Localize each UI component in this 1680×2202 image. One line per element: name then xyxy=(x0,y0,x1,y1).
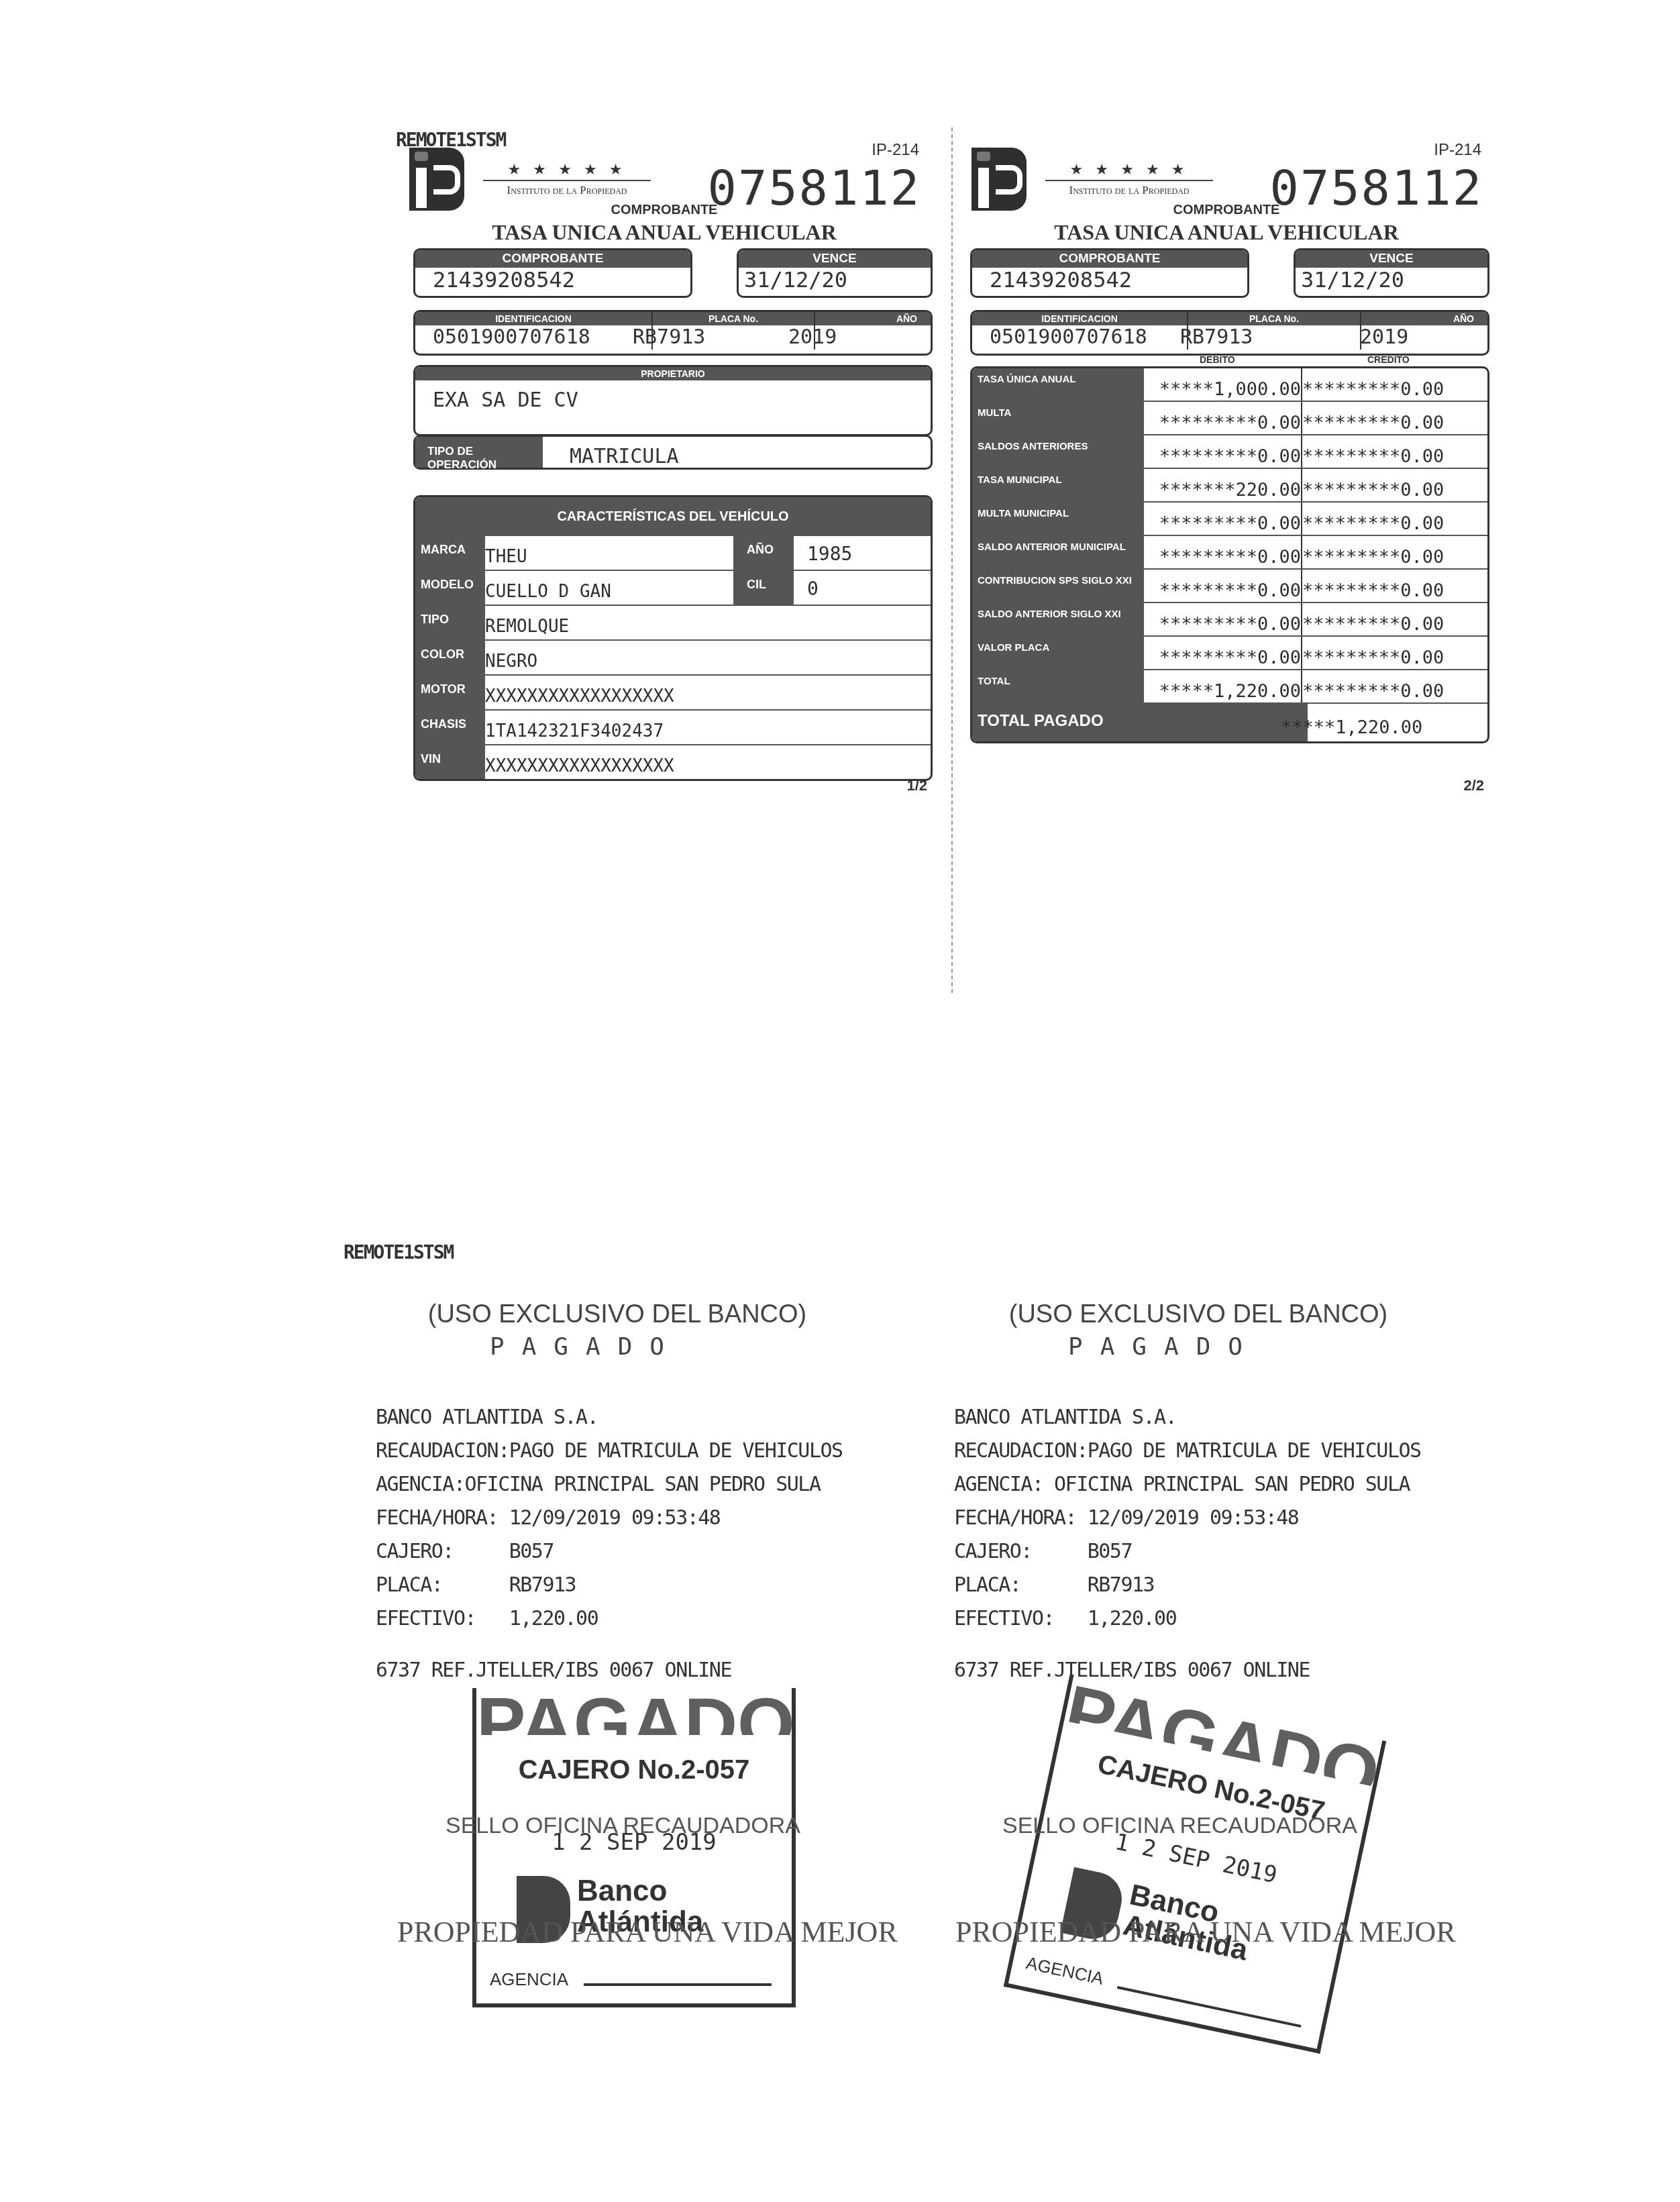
total-paid-row: TOTAL PAGADO*****1,220.00 xyxy=(972,704,1487,741)
charge-debit: *********0.00 xyxy=(1131,503,1301,535)
tipo-operacion-field: TIPO DE OPERACIÓN MATRICULA xyxy=(413,435,933,470)
charge-label: TASA ÚNICA ANUAL xyxy=(972,368,1144,401)
vehicle-field-label: MODELO xyxy=(415,571,485,605)
charge-credit: *********0.00 xyxy=(1301,503,1487,535)
charge-label: SALDO ANTERIOR MUNICIPAL xyxy=(972,536,1144,568)
bank-receipt-line: AGENCIA:OFICINA PRINCIPAL SAN PEDRO SULA xyxy=(376,1468,926,1502)
paid-status: PAGADO xyxy=(490,1333,926,1361)
vehicle-extra-label: AÑO xyxy=(733,536,794,570)
charge-debit: *********0.00 xyxy=(1131,435,1301,468)
vehicle-field-label: MARCA xyxy=(415,536,485,570)
tipo-operacion-label: TIPO DE OPERACIÓN xyxy=(415,437,543,468)
page-number: 2/2 xyxy=(1463,777,1484,794)
bank-receipt-line: EFECTIVO: 1,220.00 xyxy=(376,1602,926,1636)
perforation-divider xyxy=(951,127,953,993)
charge-label: VALOR PLACA xyxy=(972,637,1144,669)
placa-value: RB7913 xyxy=(1180,325,1360,350)
doc-title: TASA UNICA ANUAL VEHICULAR xyxy=(958,220,1495,245)
charge-row: TASA ÚNICA ANUAL*****1,000.00*********0.… xyxy=(972,368,1487,402)
institution-mark: ★ ★ ★ ★ ★ Instituto de la Propiedad xyxy=(483,161,651,197)
comprobante-field: COMPROBANTE 21439208542 xyxy=(970,248,1249,298)
placa-label: PLACA No. xyxy=(653,312,814,325)
propietario-field: PROPIETARIO EXA SA DE CV xyxy=(413,365,933,436)
institution-mark: ★ ★ ★ ★ ★ Instituto de la Propiedad xyxy=(1045,161,1213,197)
charge-label: TASA MUNICIPAL xyxy=(972,469,1144,501)
charge-credit: *********0.00 xyxy=(1301,435,1487,468)
stamp-agencia: AGENCIA xyxy=(1025,1952,1106,1989)
doc-subtitle: COMPROBANTE xyxy=(958,203,1495,218)
bank-receipt-line: PLACA: RB7913 xyxy=(954,1569,1504,1602)
charges-table: TASA ÚNICA ANUAL*****1,000.00*********0.… xyxy=(970,366,1489,743)
placa-label: PLACA No. xyxy=(1188,312,1360,325)
doc-title: TASA UNICA ANUAL VEHICULAR xyxy=(396,220,933,245)
bank-receipt-line: BANCO ATLANTIDA S.A. xyxy=(954,1401,1504,1434)
charge-debit: *****1,000.00 xyxy=(1131,368,1301,401)
comprobante-label: COMPROBANTE xyxy=(972,250,1247,268)
vehicle-field-label: CHASIS xyxy=(415,711,485,744)
stars-icon: ★ ★ ★ ★ ★ xyxy=(1045,161,1213,181)
bank-receipt-line: BANCO ATLANTIDA S.A. xyxy=(376,1401,926,1434)
charge-credit: *********0.00 xyxy=(1301,637,1487,669)
paid-stamp-1: PAGADO CAJERO No.2-057 1 2 SEP 2019 Banc… xyxy=(472,1688,796,2007)
propietario-value: EXA SA DE CV xyxy=(415,380,931,413)
identificacion-label: IDENTIFICACION xyxy=(415,312,651,325)
bank-receipt-line: PLACA: RB7913 xyxy=(376,1569,926,1602)
propietario-label: PROPIETARIO xyxy=(415,367,931,380)
stamp-agencia: AGENCIA xyxy=(490,1969,568,1990)
ano-label: AÑO xyxy=(1361,312,1487,325)
sello-oficina: SELLO OFICINA RECAUDADORA xyxy=(1002,1813,1357,1839)
charge-credit: *********0.00 xyxy=(1301,368,1487,401)
vehicle-extra-value: 1985 xyxy=(794,536,931,570)
charge-label: SALDO ANTERIOR SIGLO XXI xyxy=(972,603,1144,635)
vehicle-field-value: XXXXXXXXXXXXXXXXXX xyxy=(485,745,928,779)
charge-credit: *********0.00 xyxy=(1301,536,1487,568)
paid-stamp-2: PAGADO CAJERO No.2-057 1 2 SEP 2019 Banc… xyxy=(1004,1674,1386,2054)
bank-exclusive-heading: (USO EXCLUSIVO DEL BANCO) xyxy=(984,1300,1413,1329)
bank-receipt-line: EFECTIVO: 1,220.00 xyxy=(954,1602,1504,1636)
charge-label: TOTAL xyxy=(972,670,1144,702)
bank-reference: 6737 REF.JTELLER/IBS 0067 ONLINE xyxy=(954,1659,1504,1682)
vehicle-field-value: REMOLQUE xyxy=(485,606,928,639)
slogan: PROPIEDAD PARA UNA VIDA MEJOR xyxy=(397,1915,898,1949)
receipt-stub-2: ★ ★ ★ ★ ★ Instituto de la Propiedad IP-2… xyxy=(958,127,1495,839)
doc-subtitle: COMPROBANTE xyxy=(396,203,933,218)
vehicle-field-value: 1TA142321F3402437 xyxy=(485,711,928,744)
identificacion-label: IDENTIFICACION xyxy=(972,312,1187,325)
ano-value: 2019 xyxy=(788,325,931,350)
charge-label: MULTA MUNICIPAL xyxy=(972,503,1144,535)
vehicle-field-label: TIPO xyxy=(415,606,485,639)
charge-debit: *********0.00 xyxy=(1131,536,1301,568)
receipt-stub-1: ★ ★ ★ ★ ★ Instituto de la Propiedad IP-2… xyxy=(396,127,933,839)
placa-value: RB7913 xyxy=(633,325,814,350)
id-placa-ano-field: IDENTIFICACION 0501900707618 PLACA No. R… xyxy=(970,310,1489,356)
charge-debit: *****1,220.00 xyxy=(1131,670,1301,702)
id-placa-ano-field: IDENTIFICACION 0501900707618 PLACA No. R… xyxy=(413,310,933,356)
bank-receipt-lines: BANCO ATLANTIDA S.A.RECAUDACION:PAGO DE … xyxy=(954,1401,1504,1636)
vence-field: VENCE 31/12/20 xyxy=(737,248,933,298)
bank-receipt-1: (USO EXCLUSIVO DEL BANCO) PAGADO BANCO A… xyxy=(376,1300,926,1682)
charge-debit: *********0.00 xyxy=(1131,603,1301,635)
identificacion-value: 0501900707618 xyxy=(415,325,651,350)
institution-name: Instituto de la Propiedad xyxy=(1045,184,1213,197)
charge-debit: *******220.00 xyxy=(1131,469,1301,501)
charge-debit: *********0.00 xyxy=(1131,570,1301,602)
charge-credit: *********0.00 xyxy=(1301,402,1487,434)
identificacion-value: 0501900707618 xyxy=(972,325,1187,350)
vehicle-characteristics: CARACTERÍSTICAS DEL VEHÍCULO MARCATHEUAÑ… xyxy=(413,495,933,781)
bank-exclusive-heading: (USO EXCLUSIVO DEL BANCO) xyxy=(403,1300,832,1329)
credito-label: CRÉDITO xyxy=(1367,354,1410,365)
charge-label: MULTA xyxy=(972,402,1144,434)
debito-label: DÉBITO xyxy=(1200,354,1235,365)
vence-field: VENCE 31/12/20 xyxy=(1294,248,1489,298)
stamp-cajero: CAJERO No.2-057 xyxy=(476,1755,792,1785)
vehicle-row-marca: MARCATHEUAÑO1985 xyxy=(415,536,931,571)
bank-reference: 6737 REF.JTELLER/IBS 0067 ONLINE xyxy=(376,1659,926,1682)
charge-credit: *********0.00 xyxy=(1301,469,1487,501)
vehicle-row-motor: MOTORXXXXXXXXXXXXXXXXXX xyxy=(415,676,931,711)
paid-status: PAGADO xyxy=(1068,1333,1504,1361)
stamp-paid-text: PAGADO xyxy=(476,1681,792,1735)
vehicle-field-value: THEU xyxy=(485,536,733,570)
stamp-agencia-line xyxy=(1117,1986,1302,2028)
bank-receipt-line: CAJERO: B057 xyxy=(954,1535,1504,1569)
bank-receipt-2: (USO EXCLUSIVO DEL BANCO) PAGADO BANCO A… xyxy=(954,1300,1504,1682)
charge-row: SALDOS ANTERIORES*********0.00*********0… xyxy=(972,435,1487,469)
stamp-agencia-line xyxy=(584,1983,772,1986)
ip-logo-icon xyxy=(409,148,464,211)
sello-oficina: SELLO OFICINA RECAUDADORA xyxy=(445,1813,800,1839)
comprobante-field: COMPROBANTE 21439208542 xyxy=(413,248,692,298)
vehicle-field-value: CUELLO D GAN xyxy=(485,571,733,605)
tipo-operacion-value: MATRICULA xyxy=(543,437,679,468)
ano-value: 2019 xyxy=(1360,325,1487,350)
bank-receipt-line: CAJERO: B057 xyxy=(376,1535,926,1569)
form-code: IP-214 xyxy=(1434,141,1481,160)
form-code: IP-214 xyxy=(872,141,919,160)
charge-credit: *********0.00 xyxy=(1301,603,1487,635)
charge-credit: *********0.00 xyxy=(1301,570,1487,602)
vence-label: VENCE xyxy=(1296,250,1487,268)
page-number: 1/2 xyxy=(906,777,927,794)
institution-name: Instituto de la Propiedad xyxy=(483,184,651,197)
vehicle-row-chasis: CHASIS1TA142321F3402437 xyxy=(415,711,931,745)
vence-value: 31/12/20 xyxy=(1296,268,1487,292)
vehicle-characteristics-title: CARACTERÍSTICAS DEL VEHÍCULO xyxy=(415,497,931,536)
charge-debit: *********0.00 xyxy=(1131,402,1301,434)
ano-label: AÑO xyxy=(815,312,931,325)
charge-label: SALDOS ANTERIORES xyxy=(972,435,1144,468)
charge-row: TASA MUNICIPAL*******220.00*********0.00 xyxy=(972,469,1487,503)
charge-row: SALDO ANTERIOR MUNICIPAL*********0.00***… xyxy=(972,536,1487,570)
vehicle-row-tipo: TIPOREMOLQUE xyxy=(415,606,931,641)
vehicle-field-label: VIN xyxy=(415,745,485,779)
comprobante-value: 21439208542 xyxy=(972,268,1247,292)
bank-receipt-line: FECHA/HORA: 12/09/2019 09:53:48 xyxy=(376,1502,926,1535)
vehicle-extra-label: CIL xyxy=(733,571,794,605)
bank-receipt-line: FECHA/HORA: 12/09/2019 09:53:48 xyxy=(954,1502,1504,1535)
vehicle-field-label: MOTOR xyxy=(415,676,485,709)
total-paid-label: TOTAL PAGADO xyxy=(972,704,1308,741)
charge-row: MULTA*********0.00*********0.00 xyxy=(972,402,1487,435)
bank-receipt-line: AGENCIA: OFICINA PRINCIPAL SAN PEDRO SUL… xyxy=(954,1468,1504,1502)
charge-row: MULTA MUNICIPAL*********0.00*********0.0… xyxy=(972,503,1487,536)
charge-row: SALDO ANTERIOR SIGLO XXI*********0.00***… xyxy=(972,603,1487,637)
vehicle-row-modelo: MODELOCUELLO D GANCIL0 xyxy=(415,571,931,606)
vence-label: VENCE xyxy=(739,250,931,268)
charge-row: CONTRIBUCION SPS SIGLO XXI*********0.00*… xyxy=(972,570,1487,603)
charge-row: TOTAL*****1,220.00*********0.00 xyxy=(972,670,1487,704)
charge-row: VALOR PLACA*********0.00*********0.00 xyxy=(972,637,1487,670)
charge-credit: *********0.00 xyxy=(1301,670,1487,702)
bank-receipt-lines: BANCO ATLANTIDA S.A.RECAUDACION:PAGO DE … xyxy=(376,1401,926,1636)
vehicle-row-color: COLORNEGRO xyxy=(415,641,931,676)
bank-receipt-line: RECAUDACION:PAGO DE MATRICULA DE VEHICUL… xyxy=(954,1434,1504,1468)
comprobante-label: COMPROBANTE xyxy=(415,250,690,268)
vehicle-field-value: XXXXXXXXXXXXXXXXXX xyxy=(485,676,928,709)
vehicle-row-vin: VINXXXXXXXXXXXXXXXXXX xyxy=(415,745,931,779)
terminal-id-bank: REMOTE1STSM xyxy=(344,1241,453,1263)
vehicle-field-label: COLOR xyxy=(415,641,485,674)
vence-value: 31/12/20 xyxy=(739,268,931,292)
comprobante-value: 21439208542 xyxy=(415,268,690,292)
stars-icon: ★ ★ ★ ★ ★ xyxy=(483,161,651,181)
vehicle-extra-value: 0 xyxy=(794,571,931,605)
ip-logo-icon xyxy=(972,148,1027,211)
vehicle-field-value: NEGRO xyxy=(485,641,928,674)
charge-debit: *********0.00 xyxy=(1131,637,1301,669)
total-paid-value: *****1,220.00 xyxy=(1281,704,1487,741)
slogan: PROPIEDAD PARA UNA VIDA MEJOR xyxy=(955,1915,1456,1949)
bank-receipt-line: RECAUDACION:PAGO DE MATRICULA DE VEHICUL… xyxy=(376,1434,926,1468)
charge-label: CONTRIBUCION SPS SIGLO XXI xyxy=(972,570,1144,602)
